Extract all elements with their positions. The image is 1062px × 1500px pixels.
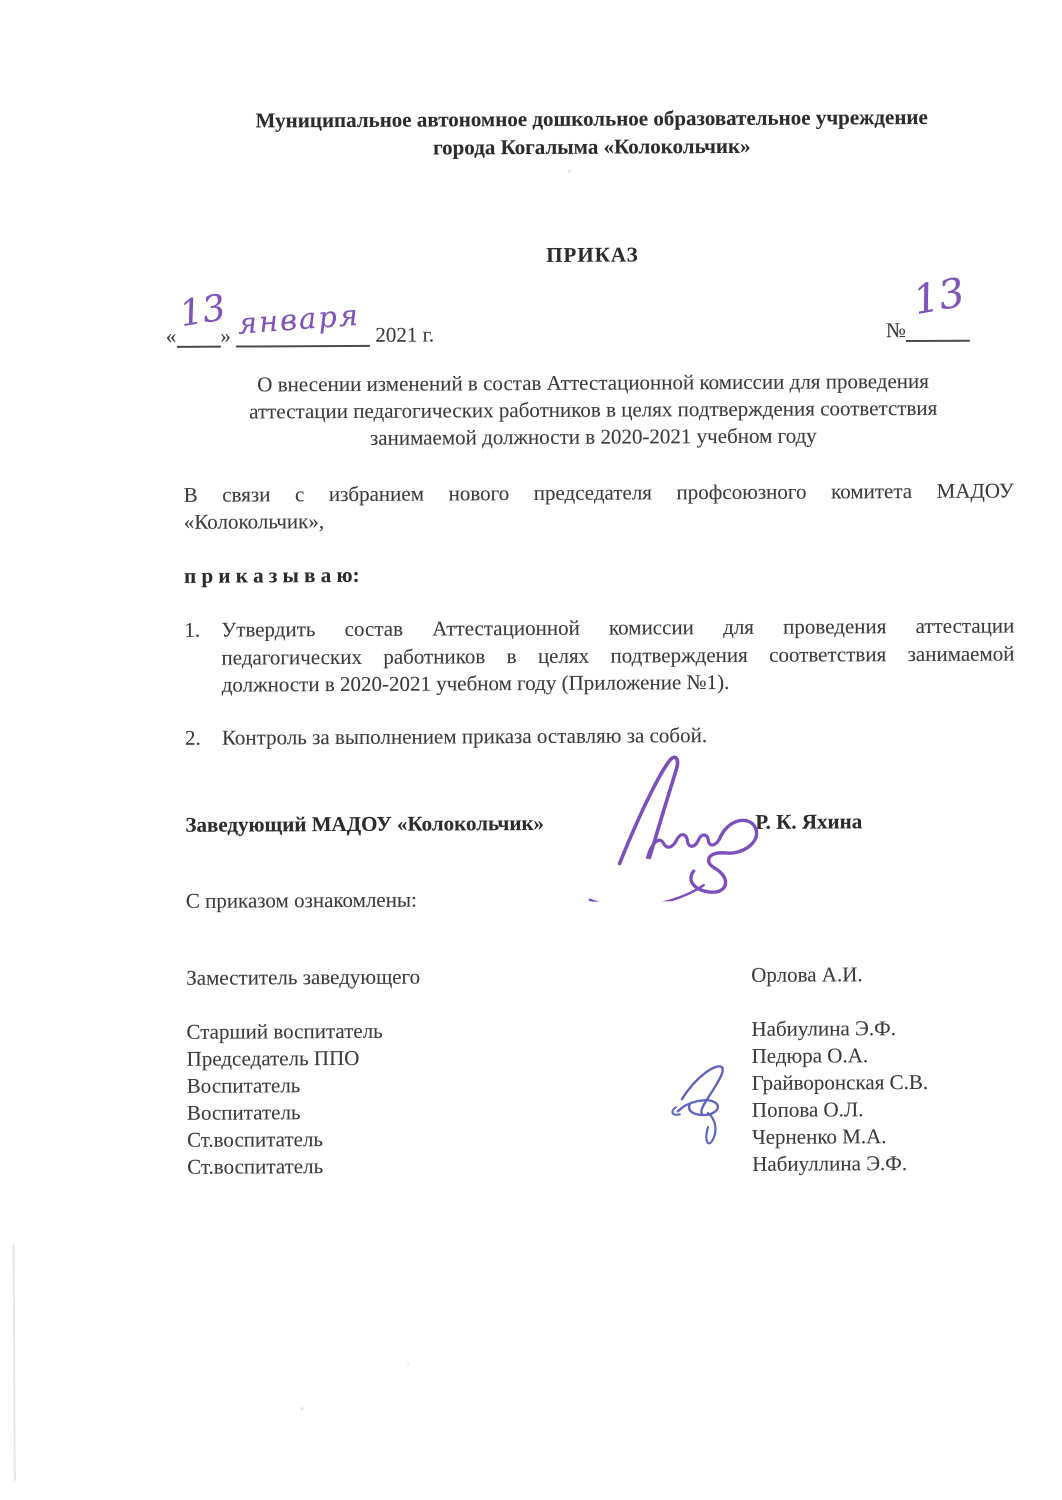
ack-name: Попова О.Л.	[752, 1096, 864, 1124]
ack-name: Орлова А.И.	[751, 961, 863, 989]
acknowledgment-list: Заместитель заведующего Орлова А.И. Стар…	[0, 0, 1058, 3]
handwritten-month: января	[237, 302, 361, 338]
ack-position: Старший воспитатель	[186, 1018, 382, 1046]
signatory-position: Заведующий МАДОУ «Колокольчик»	[185, 810, 544, 839]
order-verb: п р и к а з ы в а ю:	[184, 562, 360, 590]
scan-edge-artifact	[13, 1245, 16, 1481]
ack-name: Набиуллина Э.Ф.	[752, 1150, 907, 1178]
date-day-blank: 13	[176, 322, 220, 348]
subject-line-3: занимаемой должности в 2020-2021 учебном…	[163, 421, 1023, 453]
item-2-number: 2.	[185, 725, 201, 752]
intro-line-2: «Колокольчик»,	[184, 508, 324, 536]
date-month-blank: января	[236, 321, 370, 348]
ack-name: Педюра О.А.	[752, 1042, 869, 1070]
item-1-number: 1.	[184, 617, 200, 644]
ack-position: Председатель ППО	[187, 1045, 360, 1073]
acknowledgment-row: Ст.воспитатель Набиуллина Э.Ф.	[2, 1149, 1062, 1182]
number-sign: №	[886, 318, 906, 342]
signatory-name: Р. К. Яхина	[755, 808, 862, 836]
item-2-line-1: Контроль за выполнением приказа оставляю…	[222, 722, 707, 752]
order-number-blank: 13	[906, 316, 970, 342]
acknowledgment-row: Заместитель заведующего Орлова А.И.	[1, 960, 1062, 993]
document-page: Муниципальное автономное дошкольное обра…	[0, 0, 1062, 1500]
handwritten-number: 13	[912, 280, 967, 316]
ack-position: Ст.воспитатель	[187, 1126, 323, 1154]
org-header-line2: города Когалыма «Колокольчик»	[162, 131, 1022, 163]
org-header-line1: Муниципальное автономное дошкольное обра…	[162, 103, 1022, 135]
popova-signature-ink	[668, 1055, 759, 1155]
document-title: ПРИКАЗ	[162, 239, 1022, 271]
ack-position: Воспитатель	[187, 1099, 301, 1127]
order-number-line: №13	[886, 316, 970, 344]
acknowledgment-label: С приказом ознакомлены:	[186, 887, 417, 915]
director-signature-ink	[585, 751, 766, 902]
scan-speckle-2	[300, 1407, 303, 1410]
ack-position: Ст.воспитатель	[187, 1153, 323, 1181]
ack-position: Воспитатель	[187, 1072, 301, 1100]
handwritten-day: 13	[177, 294, 227, 328]
date-year: 2021 г.	[375, 323, 434, 347]
ack-name: Грайворонская С.В.	[752, 1069, 928, 1097]
item-1-line-3: должности в 2020-2021 учебном году (Прил…	[222, 669, 730, 699]
scan-speckle-3	[407, 1364, 409, 1366]
scan-speckle-1	[568, 170, 571, 173]
date-line: «13» января 2021 г.	[166, 321, 434, 350]
date-open-quote: «	[166, 324, 177, 348]
ack-position: Заместитель заведующего	[186, 964, 420, 992]
ack-name: Черненко М.А.	[752, 1123, 887, 1151]
order-document: Муниципальное автономное дошкольное обра…	[0, 0, 1062, 1500]
ack-name: Набиулина Э.Ф.	[751, 1015, 896, 1043]
